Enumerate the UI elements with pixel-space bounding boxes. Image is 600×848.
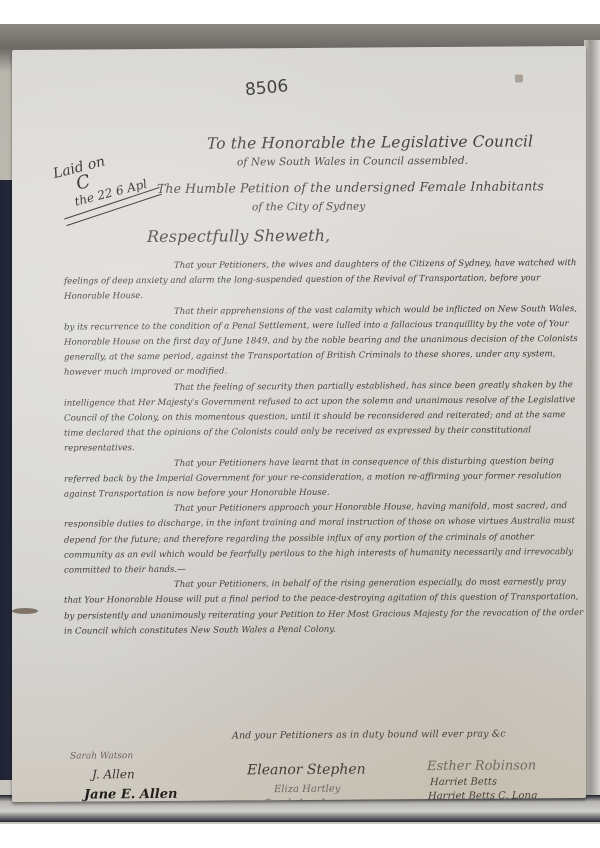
margin-annotation: Laid on C the 22 6 Apl — [51, 142, 162, 223]
signature: Sarah Watson — [70, 751, 133, 761]
paragraph: That your Petitioners approach your Hono… — [64, 499, 584, 579]
catalog-number: 8506 — [244, 76, 289, 100]
signature: Esther Robinson — [427, 758, 536, 774]
petition-title-continued: of the City of Sydney — [252, 201, 365, 214]
ink-blot — [515, 74, 523, 82]
signature: Harriet Betts — [430, 777, 497, 788]
paper-stain — [12, 608, 38, 614]
frame-mat-right — [584, 40, 600, 800]
petition-document: 8506 Laid on C the 22 6 Apl To the Honor… — [12, 46, 586, 802]
petition-body: That your Petitioners, the wives and dau… — [64, 256, 584, 640]
signature: Eleanor Stephen — [247, 762, 366, 779]
address-heading: To the Honorable the Legislative Council — [207, 132, 533, 152]
address-subheading: of New South Wales in Council assembled. — [237, 155, 468, 169]
paragraph: That your Petitioners, the wives and dau… — [64, 256, 584, 305]
signature: Eliza Hartley — [274, 784, 340, 795]
paragraph: That their apprehensions of the vast cal… — [64, 302, 584, 382]
salutation: Respectfully Sheweth, — [147, 226, 330, 246]
paragraph: That your Petitioners have learnt that i… — [64, 454, 584, 503]
paragraph: That the feeling of security then partia… — [64, 378, 584, 458]
paragraph: That your Petitioners, in behalf of the … — [64, 575, 584, 639]
petition-title: The Humble Petition of the undersigned F… — [157, 178, 544, 196]
signature: Jane E. Allen — [84, 787, 177, 802]
signature: J. Allen — [92, 767, 135, 781]
closing-line: And your Petitioners as in duty bound wi… — [232, 729, 506, 742]
